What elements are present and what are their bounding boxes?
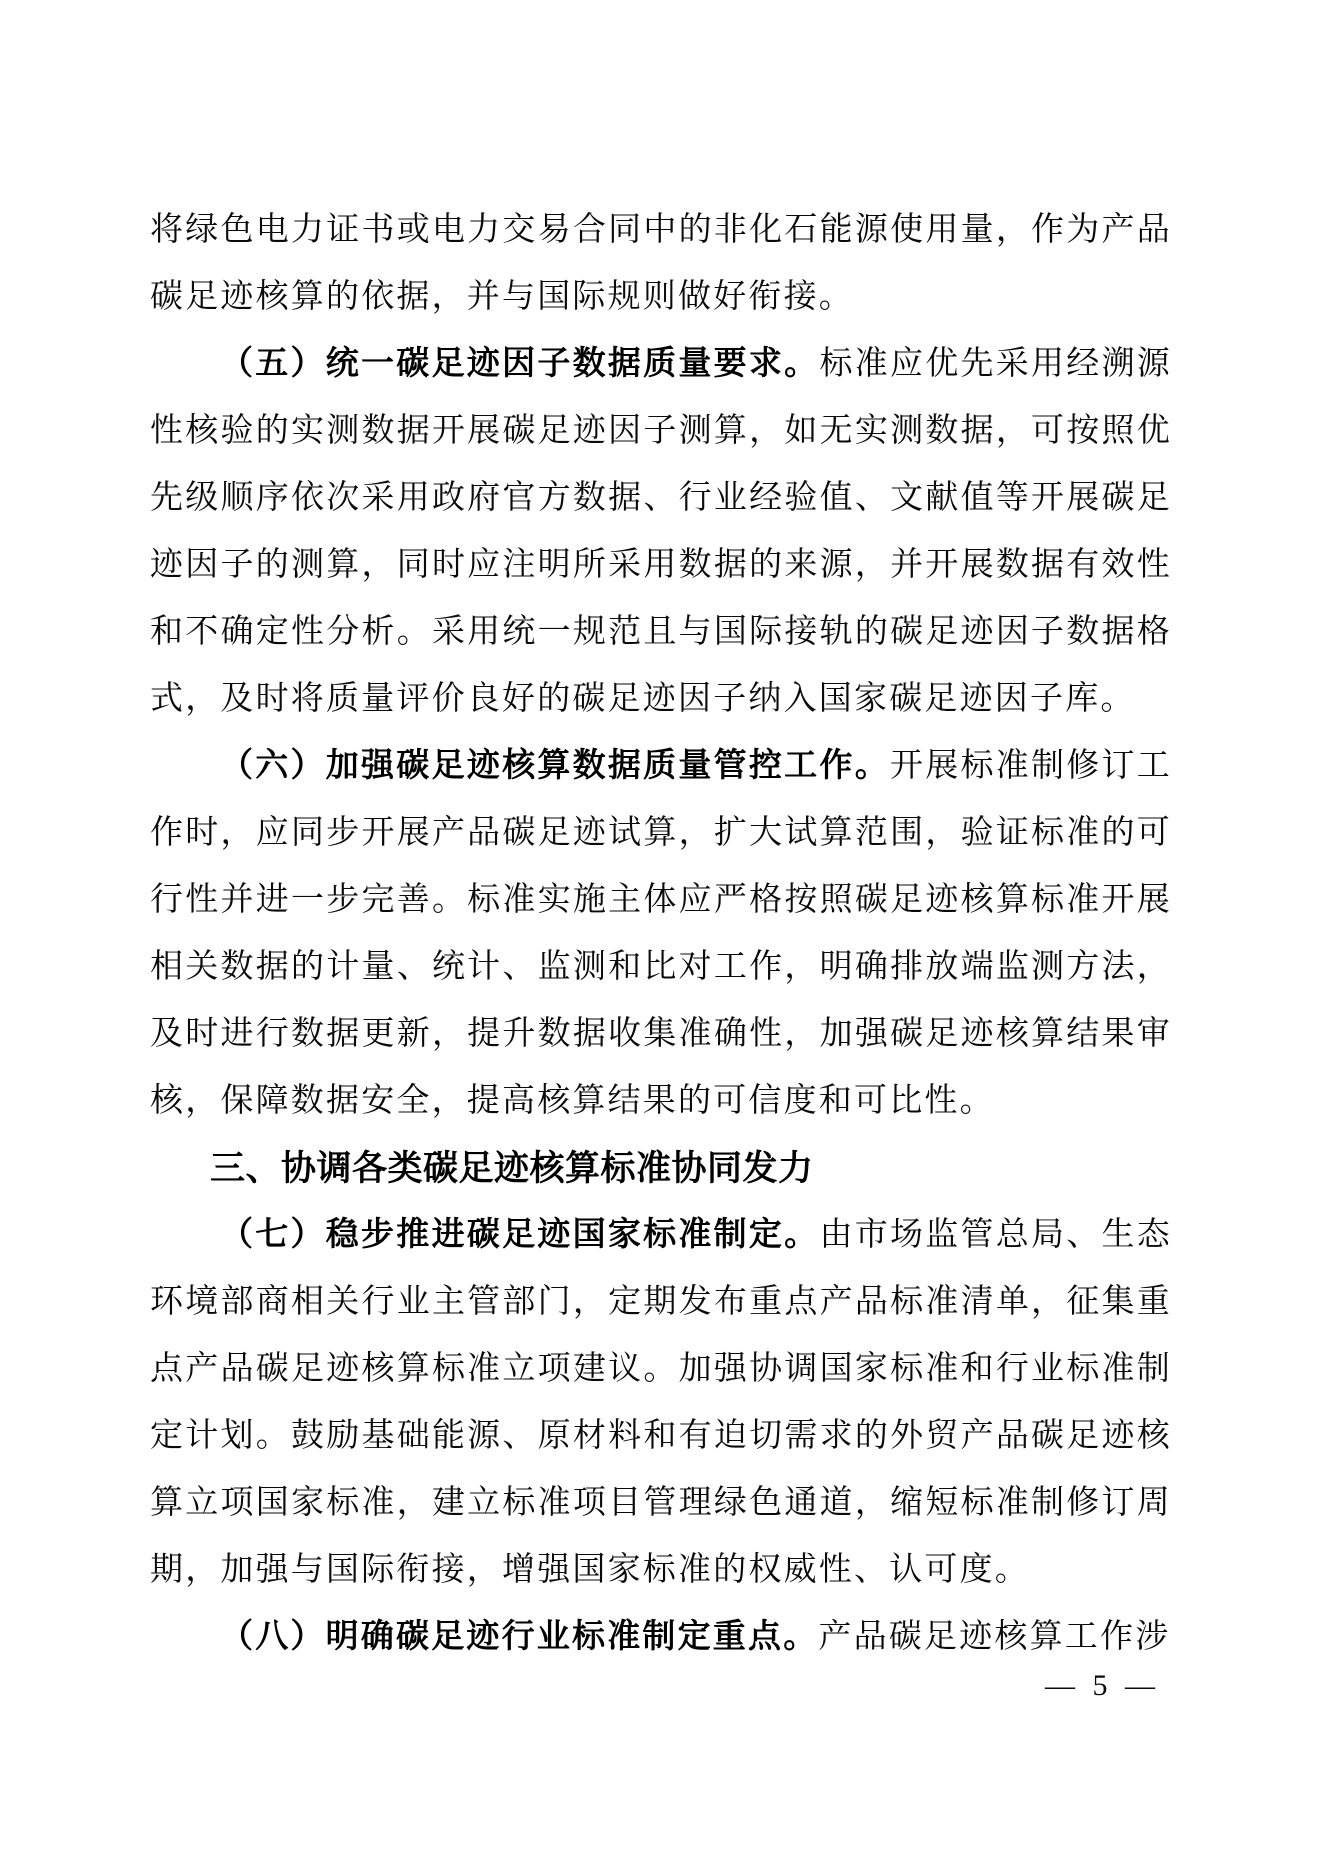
document-page: 将绿色电力证书或电力交易合同中的非化石能源使用量，作为产品碳足迹核算的依据，并与…: [0, 0, 1323, 1871]
clause-6-lead: （六）加强碳足迹核算数据质量管控工作。: [220, 748, 890, 784]
clause-5-lead: （五）统一碳足迹因子数据质量要求。: [220, 346, 819, 382]
paragraph-continuation: 将绿色电力证书或电力交易合同中的非化石能源使用量，作为产品碳足迹核算的依据，并与…: [150, 197, 1172, 331]
paragraph-text: 将绿色电力证书或电力交易合同中的非化石能源使用量，作为产品碳足迹核算的依据，并与…: [150, 212, 1172, 315]
clause-8-text: 产品碳足迹核算工作涉: [818, 1619, 1170, 1655]
clause-7-lead: （七）稳步推进碳足迹国家标准制定。: [220, 1217, 819, 1253]
clause-7-text: 由市场监管总局、生态环境部商相关行业主管部门，定期发布重点产品标准清单，征集重点…: [150, 1217, 1172, 1588]
paragraph-clause-5: （五）统一碳足迹因子数据质量要求。标准应优先采用经溯源性核验的实测数据开展碳足迹…: [150, 331, 1172, 733]
paragraph-clause-8: （八）明确碳足迹行业标准制定重点。产品碳足迹核算工作涉: [150, 1604, 1172, 1671]
page-number: — 5 —: [1045, 1666, 1160, 1706]
paragraph-clause-6: （六）加强碳足迹核算数据质量管控工作。开展标准制修订工作时，应同步开展产品碳足迹…: [150, 733, 1172, 1135]
document-body: 将绿色电力证书或电力交易合同中的非化石能源使用量，作为产品碳足迹核算的依据，并与…: [150, 197, 1172, 1671]
paragraph-clause-7: （七）稳步推进碳足迹国家标准制定。由市场监管总局、生态环境部商相关行业主管部门，…: [150, 1202, 1172, 1604]
clause-5-text: 标准应优先采用经溯源性核验的实测数据开展碳足迹因子测算，如无实测数据，可按照优先…: [150, 346, 1172, 717]
clause-6-text: 开展标准制修订工作时，应同步开展产品碳足迹试算，扩大试算范围，验证标准的可行性并…: [150, 748, 1172, 1119]
clause-8-lead: （八）明确碳足迹行业标准制定重点。: [220, 1619, 818, 1655]
section-heading-3: 三、协调各类碳足迹核算标准协同发力: [150, 1135, 1172, 1202]
